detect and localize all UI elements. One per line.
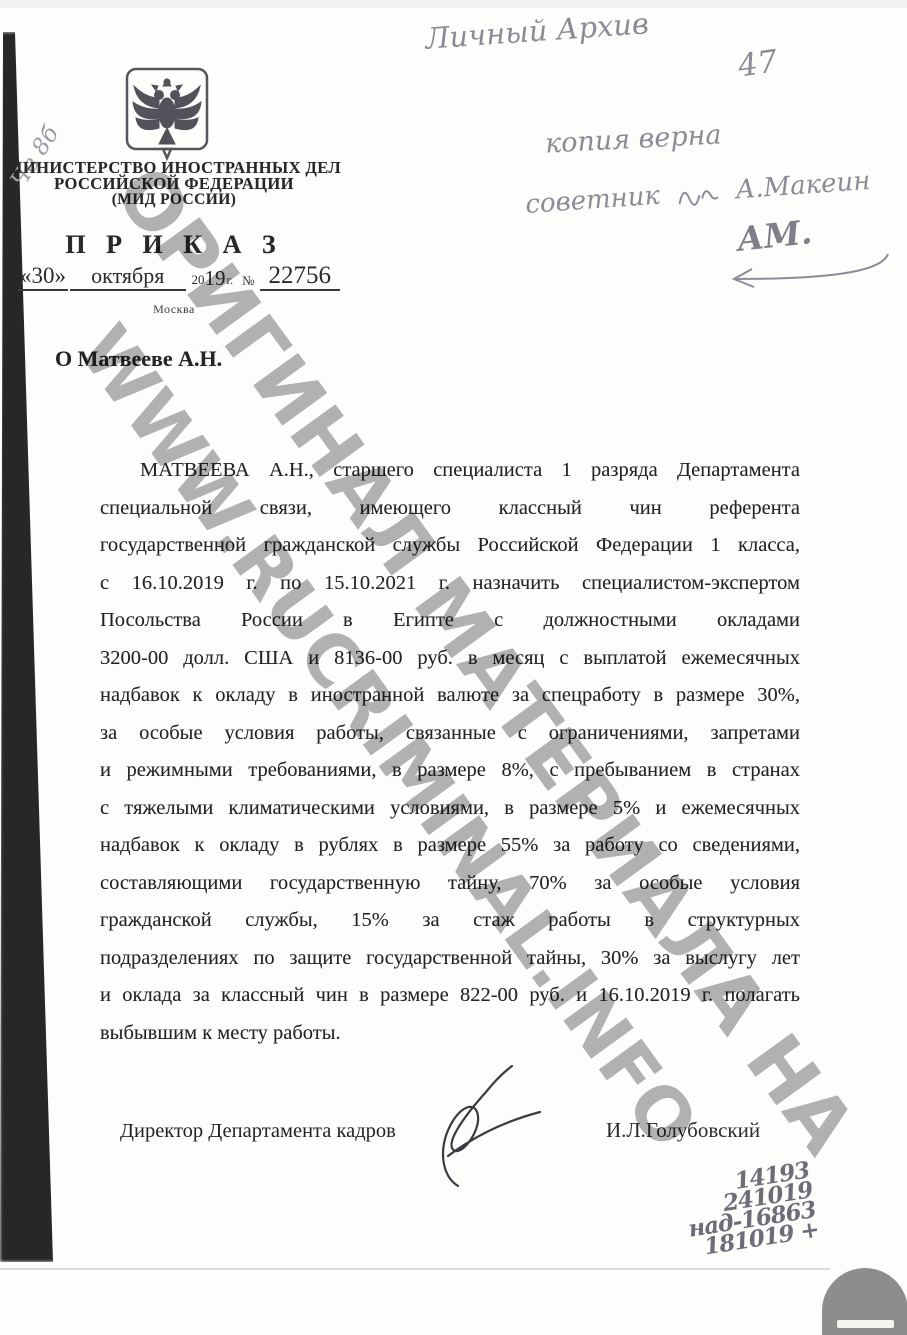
handwritten-copy-note: копия верна <box>544 119 722 159</box>
certifier-signature-mark <box>675 178 721 209</box>
body-line: за особые условия работы, связанные с ог… <box>100 715 800 753</box>
scan-top-edge <box>0 0 907 8</box>
scanned-document-page: Личный Архив 47 Чв 8б МИНИСТЕРСТВО ИНОСТ… <box>0 0 907 1335</box>
coat-of-arms-icon <box>122 66 212 162</box>
handwritten-archive-note: Личный Архив <box>424 6 650 56</box>
scan-binding-shadow <box>0 32 62 1262</box>
order-number: 22756 <box>260 262 341 291</box>
handwritten-arrow-icon <box>722 248 894 298</box>
certifier-title: советник <box>524 181 661 220</box>
director-signature <box>428 1064 546 1192</box>
button-bar <box>837 1320 894 1328</box>
certifier-name: А.Макеин <box>735 166 872 205</box>
handwritten-registry-numbers: 14193 241019 над-16863 181019 + <box>605 1160 820 1271</box>
handwritten-page-number: 47 <box>736 43 780 84</box>
date-day: «30» <box>18 263 68 291</box>
handwritten-certifier-line: советник А.Макеин <box>524 166 871 220</box>
scan-bottom-edge <box>0 1268 830 1270</box>
signer-title: Директор Департамента кадров <box>120 1120 396 1143</box>
floating-action-button[interactable] <box>822 1268 907 1335</box>
